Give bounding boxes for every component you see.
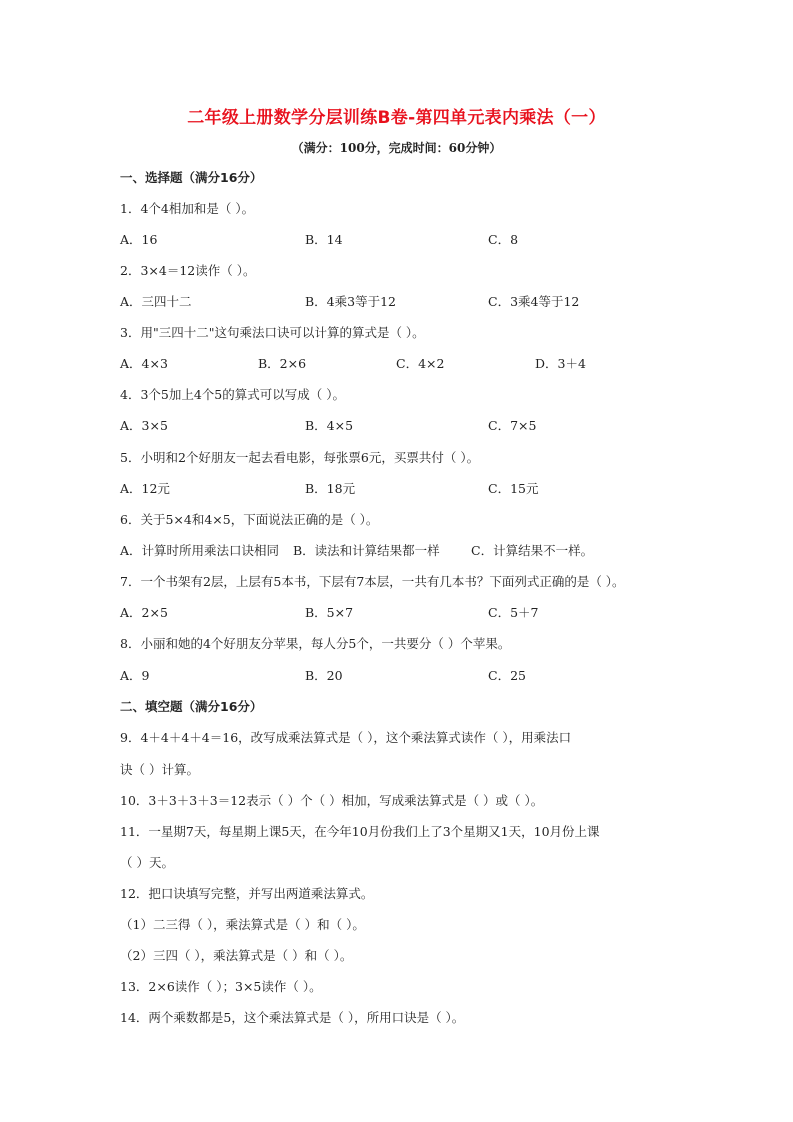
question-11-line-2: （ ）天。 (120, 853, 174, 871)
question-10: 10．3＋3＋3＋3＝12表示（ ）个（ ）相加，写成乘法算式是（ ）或（ ）。 (120, 791, 543, 809)
question-14: 14．两个乘数都是5，这个乘法算式是（ ），所用口诀是（ ）。 (120, 1008, 464, 1026)
q8-option-a: A．9 (120, 666, 149, 684)
q7-option-b: B．5×7 (305, 603, 353, 621)
question-5: 5．小明和2个好朋友一起去看电影，每张票6元，买票共付（ ）。 (120, 448, 479, 466)
question-4: 4．3个5加上4个5的算式可以写成（ ）。 (120, 385, 345, 403)
question-11-line-1: 11．一星期7天，每星期上课5天，在今年10月份我们上了3个星期又1天，10月份… (120, 822, 600, 840)
q3-option-a: A．4×3 (120, 354, 168, 372)
q6-option-a: A．计算时所用乘法口诀相同 (120, 541, 279, 559)
document-subtitle: （满分：100分，完成时间：60分钟） (0, 139, 793, 156)
q5-option-c: C．15元 (488, 479, 538, 497)
question-13: 13．2×6读作（ ）；3×5读作（ ）。 (120, 977, 322, 995)
q6-option-c: C．计算结果不一样。 (471, 541, 593, 559)
q7-option-a: A．2×5 (120, 603, 168, 621)
question-7: 7．一个书架有2层，上层有5本书，下层有7本层，一共有几本书？下面列式正确的是（… (120, 572, 625, 590)
question-6: 6．关于5×4和4×5，下面说法正确的是（ ）。 (120, 510, 378, 528)
section-heading-choice: 一、选择题（满分16分） (120, 168, 262, 186)
question-9-line-1: 9．4＋4＋4＋4＝16，改写成乘法算式是（ ），这个乘法算式读作（ ），用乘法… (120, 728, 571, 746)
q5-option-a: A．12元 (120, 479, 170, 497)
document-title: 二年级上册数学分层训练B卷-第四单元表内乘法（一） (0, 103, 793, 128)
q4-option-b: B．4×5 (305, 416, 353, 434)
q6-option-b: B．读法和计算结果都一样 (293, 541, 440, 559)
q4-option-a: A．3×5 (120, 416, 168, 434)
q1-option-b: B．14 (305, 230, 343, 248)
q2-option-c: C．3乘4等于12 (488, 292, 579, 310)
question-9-line-2: 诀（ ）计算。 (120, 760, 199, 778)
q2-option-b: B．4乘3等于12 (305, 292, 396, 310)
question-12-part-1: （1）二三得（ ），乘法算式是（ ）和（ ）。 (120, 915, 365, 933)
q8-option-c: C．25 (488, 666, 526, 684)
q1-option-c: C．8 (488, 230, 518, 248)
q7-option-c: C．5＋7 (488, 603, 538, 621)
question-1: 1．4个4相加和是（ ）。 (120, 199, 254, 217)
q8-option-b: B．20 (305, 666, 343, 684)
q5-option-b: B．18元 (305, 479, 355, 497)
q1-option-a: A．16 (120, 230, 157, 248)
question-3: 3．用"三四十二"这句乘法口诀可以计算的算式是（ ）。 (120, 323, 425, 341)
question-2: 2．3×4＝12读作（ ）。 (120, 261, 255, 279)
q3-option-c: C．4×2 (396, 354, 444, 372)
q4-option-c: C．7×5 (488, 416, 536, 434)
q3-option-b: B．2×6 (258, 354, 306, 372)
question-8: 8．小丽和她的4个好朋友分苹果，每人分5个，一共要分（ ）个苹果。 (120, 634, 510, 652)
section-heading-fill-blank: 二、填空题（满分16分） (120, 697, 262, 715)
q2-option-a: A．三四十二 (120, 292, 192, 310)
question-12: 12．把口诀填写完整，并写出两道乘法算式。 (120, 884, 373, 902)
q3-option-d: D．3＋4 (535, 354, 586, 372)
question-12-part-2: （2）三四（ ），乘法算式是（ ）和（ ）。 (120, 946, 352, 964)
